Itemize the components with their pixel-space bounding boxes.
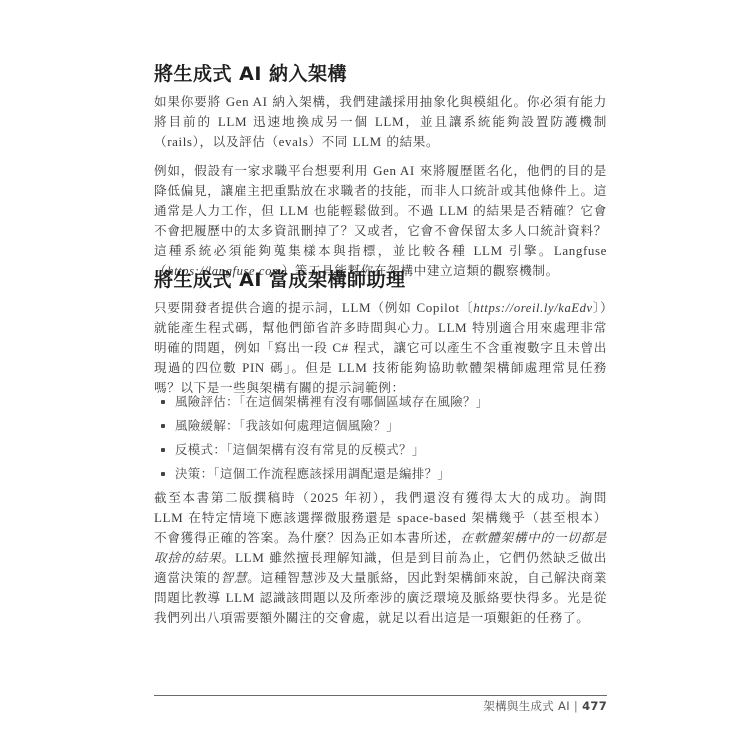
page-number: 477 [582, 699, 607, 713]
paragraph: 如果你要將 Gen AI 納入架構，我們建議採用抽象化與模組化。你必須有能力將目… [154, 92, 607, 152]
footer-separator: | [574, 699, 578, 713]
list-item: 決策：「這個工作流程應該採用調配還是編排？」 [154, 462, 607, 486]
section-1: 將生成式 AI 納入架構 [154, 62, 607, 86]
section-2-para-2: 截至本書第二版撰稿時（2025 年初），我們還沒有獲得太大的成功。詢問 LLM … [154, 488, 607, 628]
list-item: 風險評估：「在這個架構裡有沒有哪個區域存在風險？」 [154, 390, 607, 414]
list-item: 風險緩解：「我該如何處理這個風險？」 [154, 414, 607, 438]
paragraph: 只要開發者提供合適的提示詞，LLM（例如 Copilot〔https://ore… [154, 298, 607, 398]
paragraph: 例如，假設有一家求職平台想要利用 Gen AI 來將履歷匿名化，他們的目的是降低… [154, 161, 607, 281]
bullet-icon [161, 448, 165, 452]
footer-divider [154, 695, 607, 696]
page-footer: 架構與生成式 AI|477 [483, 698, 607, 714]
book-page: 將生成式 AI 納入架構 如果你要將 Gen AI 納入架構，我們建議採用抽象化… [0, 0, 750, 750]
list-item: 反模式：「這個架構有沒有常見的反模式？」 [154, 438, 607, 462]
prompt-examples-list: 風險評估：「在這個架構裡有沒有哪個區域存在風險？」 風險緩解：「我該如何處理這個… [154, 390, 607, 486]
section-1-para-2: 例如，假設有一家求職平台想要利用 Gen AI 來將履歷匿名化，他們的目的是降低… [154, 161, 607, 281]
section-1-para-1: 如果你要將 Gen AI 納入架構，我們建議採用抽象化與模組化。你必須有能力將目… [154, 92, 607, 152]
running-chapter-title: 架構與生成式 AI [483, 699, 570, 713]
section-2-para-1: 只要開發者提供合適的提示詞，LLM（例如 Copilot〔https://ore… [154, 298, 607, 398]
bullet-icon [161, 400, 165, 404]
section-heading: 將生成式 AI 當成架構師助理 [154, 268, 607, 292]
bullet-icon [161, 472, 165, 476]
paragraph: 截至本書第二版撰稿時（2025 年初），我們還沒有獲得太大的成功。詢問 LLM … [154, 488, 607, 628]
section-2: 將生成式 AI 當成架構師助理 [154, 268, 607, 292]
bullet-icon [161, 424, 165, 428]
section-heading: 將生成式 AI 納入架構 [154, 62, 607, 86]
